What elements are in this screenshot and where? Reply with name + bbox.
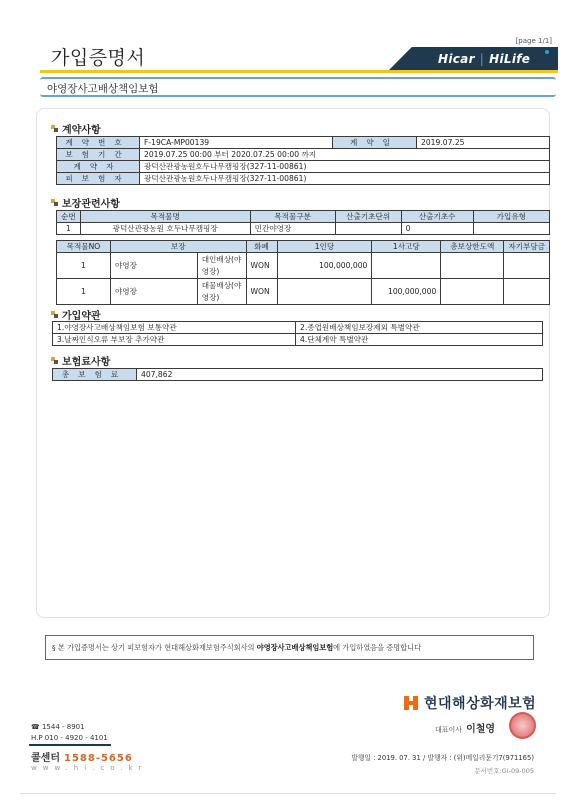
table-row: 계약번호 F-19CA-MP00139 계약일 2019.07.25 bbox=[57, 137, 550, 149]
insured-value: 광덕산관광농원호두나무캠핑장(327-11-00861) bbox=[140, 173, 550, 185]
term-item: 4.단체계약 특별약관 bbox=[296, 334, 543, 346]
ceo-name: 이철영 bbox=[466, 724, 495, 735]
brand-hicar: Hicar bbox=[438, 52, 475, 66]
phone-icon: ☎ bbox=[31, 723, 42, 731]
cell: 1 bbox=[57, 279, 111, 305]
terms-section-header: 가입약관 bbox=[51, 307, 101, 322]
contract-number-value: F-19CA-MP00139 bbox=[140, 137, 333, 149]
brand-dot-icon bbox=[545, 50, 549, 54]
premium-table: 총보험료 407,862 bbox=[52, 368, 543, 381]
company-seal-icon bbox=[509, 712, 536, 739]
insurance-period-value: 2019.07.25 00:00 부터 2020.07.25 00:00 까지 bbox=[140, 149, 550, 161]
cell bbox=[504, 253, 550, 279]
col-header: 목적물명 bbox=[80, 211, 250, 223]
col-header: 1사고당 bbox=[372, 241, 441, 253]
section-bullet-icon bbox=[51, 199, 58, 206]
ceo-label: 대표이사 bbox=[435, 726, 462, 734]
company-logo: 현대해상화재보험 bbox=[404, 693, 536, 713]
phone-number: 1544 - 8901 bbox=[42, 723, 85, 731]
cell: 야영장 bbox=[110, 253, 197, 279]
ceo-signature: 대표이사이철영 bbox=[435, 720, 495, 735]
table-header-row: 순번 목적물명 목적물구분 산출기초단위 산출기초수 가입유형 bbox=[57, 211, 550, 223]
contract-section-header: 계약사항 bbox=[51, 121, 101, 136]
table-row: 총보험료 407,862 bbox=[53, 369, 543, 381]
cell: 민간야영장 bbox=[250, 223, 335, 235]
contract-table: 계약번호 F-19CA-MP00139 계약일 2019.07.25 보험기간 … bbox=[56, 136, 550, 185]
col-header: 보장 bbox=[110, 241, 246, 253]
certification-notice: § 본 가입증명서는 상기 피보험자가 현대해상화재보험주식회사의 야영장사고배… bbox=[45, 635, 534, 660]
brand-hilife: HiLife bbox=[489, 52, 530, 66]
contract-section-title: 계약사항 bbox=[62, 121, 101, 136]
table-row: 1.야영장사고배상책임보험 보통약관 2.종업원배상책임보장제외 특별약관 bbox=[53, 322, 543, 334]
col-header: 화폐 bbox=[246, 241, 277, 253]
brand-separator: | bbox=[480, 52, 484, 66]
cell: 야영장 bbox=[110, 279, 197, 305]
cell bbox=[441, 279, 504, 305]
col-header: 목적물구분 bbox=[250, 211, 335, 223]
col-header: 산출기초수 bbox=[401, 211, 473, 223]
call-center-number: 1588-5656 bbox=[64, 753, 133, 764]
notice-prefix: § 본 가입증명서는 상기 피보험자가 현대해상화재보험주식회사의 bbox=[52, 643, 257, 652]
cell: 대인배상(야영장) bbox=[197, 253, 246, 279]
title-underline bbox=[40, 70, 558, 73]
notice-product: 야영장사고배상책임보험 bbox=[257, 643, 333, 652]
call-center: 콜센터1588-5656 bbox=[31, 749, 133, 764]
website-link[interactable]: www.hi.co.kr bbox=[31, 764, 148, 772]
premium-section-title: 보험료사항 bbox=[62, 353, 110, 368]
coverage-section-title: 보장관련사항 bbox=[62, 195, 120, 210]
table-row: 3.날짜인식오류 부보장 추가약관 4.단체계약 특별약관 bbox=[53, 334, 543, 346]
insured-label: 피보험자 bbox=[57, 173, 140, 185]
cell: 1 bbox=[57, 253, 111, 279]
table-row: 1 야영장 대물배상(야영장) WON 100,000,000 bbox=[57, 279, 550, 305]
mobile-number: H.P 010 - 4920 - 4101 bbox=[31, 733, 108, 744]
object-table: 순번 목적물명 목적물구분 산출기초단위 산출기초수 가입유형 1 광덕산관광농… bbox=[56, 210, 550, 235]
col-header: 자기부담금 bbox=[504, 241, 550, 253]
cell bbox=[277, 279, 372, 305]
table-row: 1 야영장 대인배상(야영장) WON 100,000,000 bbox=[57, 253, 550, 279]
section-bullet-icon bbox=[51, 125, 58, 132]
call-center-label: 콜센터 bbox=[31, 753, 60, 764]
term-item: 1.야영장사고배상책임보험 보통약관 bbox=[53, 322, 296, 334]
total-premium-label: 총보험료 bbox=[53, 369, 137, 381]
policyholder-value: 광덕산관광농원호두나무캠핑장(327-11-00861) bbox=[140, 161, 550, 173]
table-row: 피보험자 광덕산관광농원호두나무캠핑장(327-11-00861) bbox=[57, 173, 550, 185]
cell: 0 bbox=[401, 223, 473, 235]
cell bbox=[504, 279, 550, 305]
document-title: 가입증명서 bbox=[51, 43, 145, 70]
cell bbox=[335, 223, 401, 235]
col-header: 총보상한도액 bbox=[441, 241, 504, 253]
bottom-divider bbox=[20, 793, 556, 794]
cell: 대물배상(야영장) bbox=[197, 279, 246, 305]
company-name: 현대해상화재보험 bbox=[424, 693, 536, 713]
premium-section-header: 보험료사항 bbox=[51, 353, 110, 368]
insurance-period-label: 보험기간 bbox=[57, 149, 140, 161]
section-bullet-icon bbox=[51, 311, 58, 318]
table-row: 보험기간 2019.07.25 00:00 부터 2020.07.25 00:0… bbox=[57, 149, 550, 161]
term-item: 3.날짜인식오류 부보장 추가약관 bbox=[53, 334, 296, 346]
col-header: 순번 bbox=[57, 211, 81, 223]
table-header-row: 목적물NO 보장 화폐 1인당 1사고당 총보상한도액 자기부담금 bbox=[57, 241, 550, 253]
contract-number-label: 계약번호 bbox=[57, 137, 140, 149]
page-indicator: [page 1/1] bbox=[516, 37, 552, 45]
policyholder-label: 계약자 bbox=[57, 161, 140, 173]
product-name: 야영장사고배상책임보험 bbox=[47, 81, 159, 96]
contract-date-label: 계약일 bbox=[333, 137, 417, 149]
issue-info: 발행일 : 2019. 07. 31 / 발행자 : (위)메일리문기7(971… bbox=[351, 752, 534, 762]
col-header: 목적물NO bbox=[57, 241, 111, 253]
table-row: 계약자 광덕산관광농원호두나무캠핑장(327-11-00861) bbox=[57, 161, 550, 173]
brand-logo: Hicar|HiLife bbox=[438, 52, 530, 66]
contact-info: ☎ 1544 - 8901 H.P 010 - 4920 - 4101 bbox=[31, 722, 108, 744]
notice-suffix: 에 가입하였음을 증명합니다 bbox=[333, 643, 421, 652]
cell: WON bbox=[246, 253, 277, 279]
terms-section-title: 가입약관 bbox=[62, 307, 101, 322]
contact-divider bbox=[29, 744, 111, 746]
product-bar: 야영장사고배상책임보험 bbox=[40, 77, 556, 97]
cell: 100,000,000 bbox=[277, 253, 372, 279]
cell: 100,000,000 bbox=[372, 279, 441, 305]
cell: WON bbox=[246, 279, 277, 305]
cell bbox=[441, 253, 504, 279]
contract-date-value: 2019.07.25 bbox=[417, 137, 550, 149]
table-row: 1 광덕산관광농원 호두나무캠핑장 민간야영장 0 bbox=[57, 223, 550, 235]
cell: 광덕산관광농원 호두나무캠핑장 bbox=[80, 223, 250, 235]
term-item: 2.종업원배상책임보장제외 특별약관 bbox=[296, 322, 543, 334]
coverage-section-header: 보장관련사항 bbox=[51, 195, 120, 210]
total-premium-value: 407,862 bbox=[137, 369, 543, 381]
section-bullet-icon bbox=[51, 357, 58, 364]
cell bbox=[372, 253, 441, 279]
document-number: 문서번호:GI-09-005 bbox=[474, 766, 534, 775]
col-header: 산출기초단위 bbox=[335, 211, 401, 223]
col-header: 가입유형 bbox=[473, 211, 549, 223]
hyundai-h-icon bbox=[404, 696, 418, 710]
coverage-detail-table: 목적물NO 보장 화폐 1인당 1사고당 총보상한도액 자기부담금 1 야영장 … bbox=[56, 240, 550, 305]
cell: 1 bbox=[57, 223, 81, 235]
terms-table: 1.야영장사고배상책임보험 보통약관 2.종업원배상책임보장제외 특별약관 3.… bbox=[52, 321, 543, 346]
col-header: 1인당 bbox=[277, 241, 372, 253]
cell bbox=[473, 223, 549, 235]
